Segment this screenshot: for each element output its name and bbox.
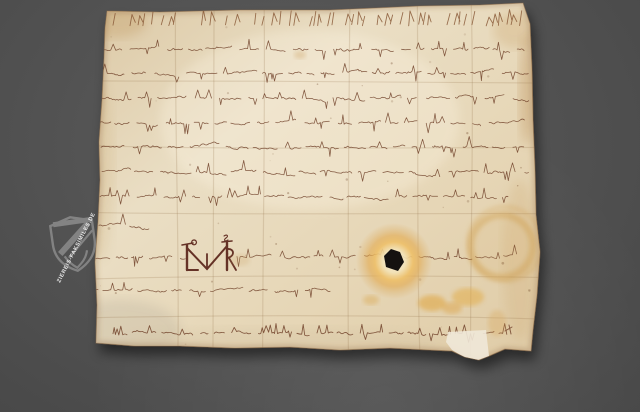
- water-stain: [294, 51, 306, 59]
- manuscript-flourish: [95, 12, 103, 27]
- parchment-repair-patch: [446, 330, 489, 360]
- facsimile-product-photo: ZIEREIS-FAKSIMILES.DE: [0, 0, 640, 412]
- water-stain: [488, 310, 506, 336]
- parchment-hole: [356, 223, 432, 299]
- water-stain: [418, 295, 446, 311]
- water-stain: [363, 295, 379, 305]
- water-stain: [472, 216, 532, 276]
- water-stain: [442, 302, 462, 314]
- water-stain: [230, 254, 250, 266]
